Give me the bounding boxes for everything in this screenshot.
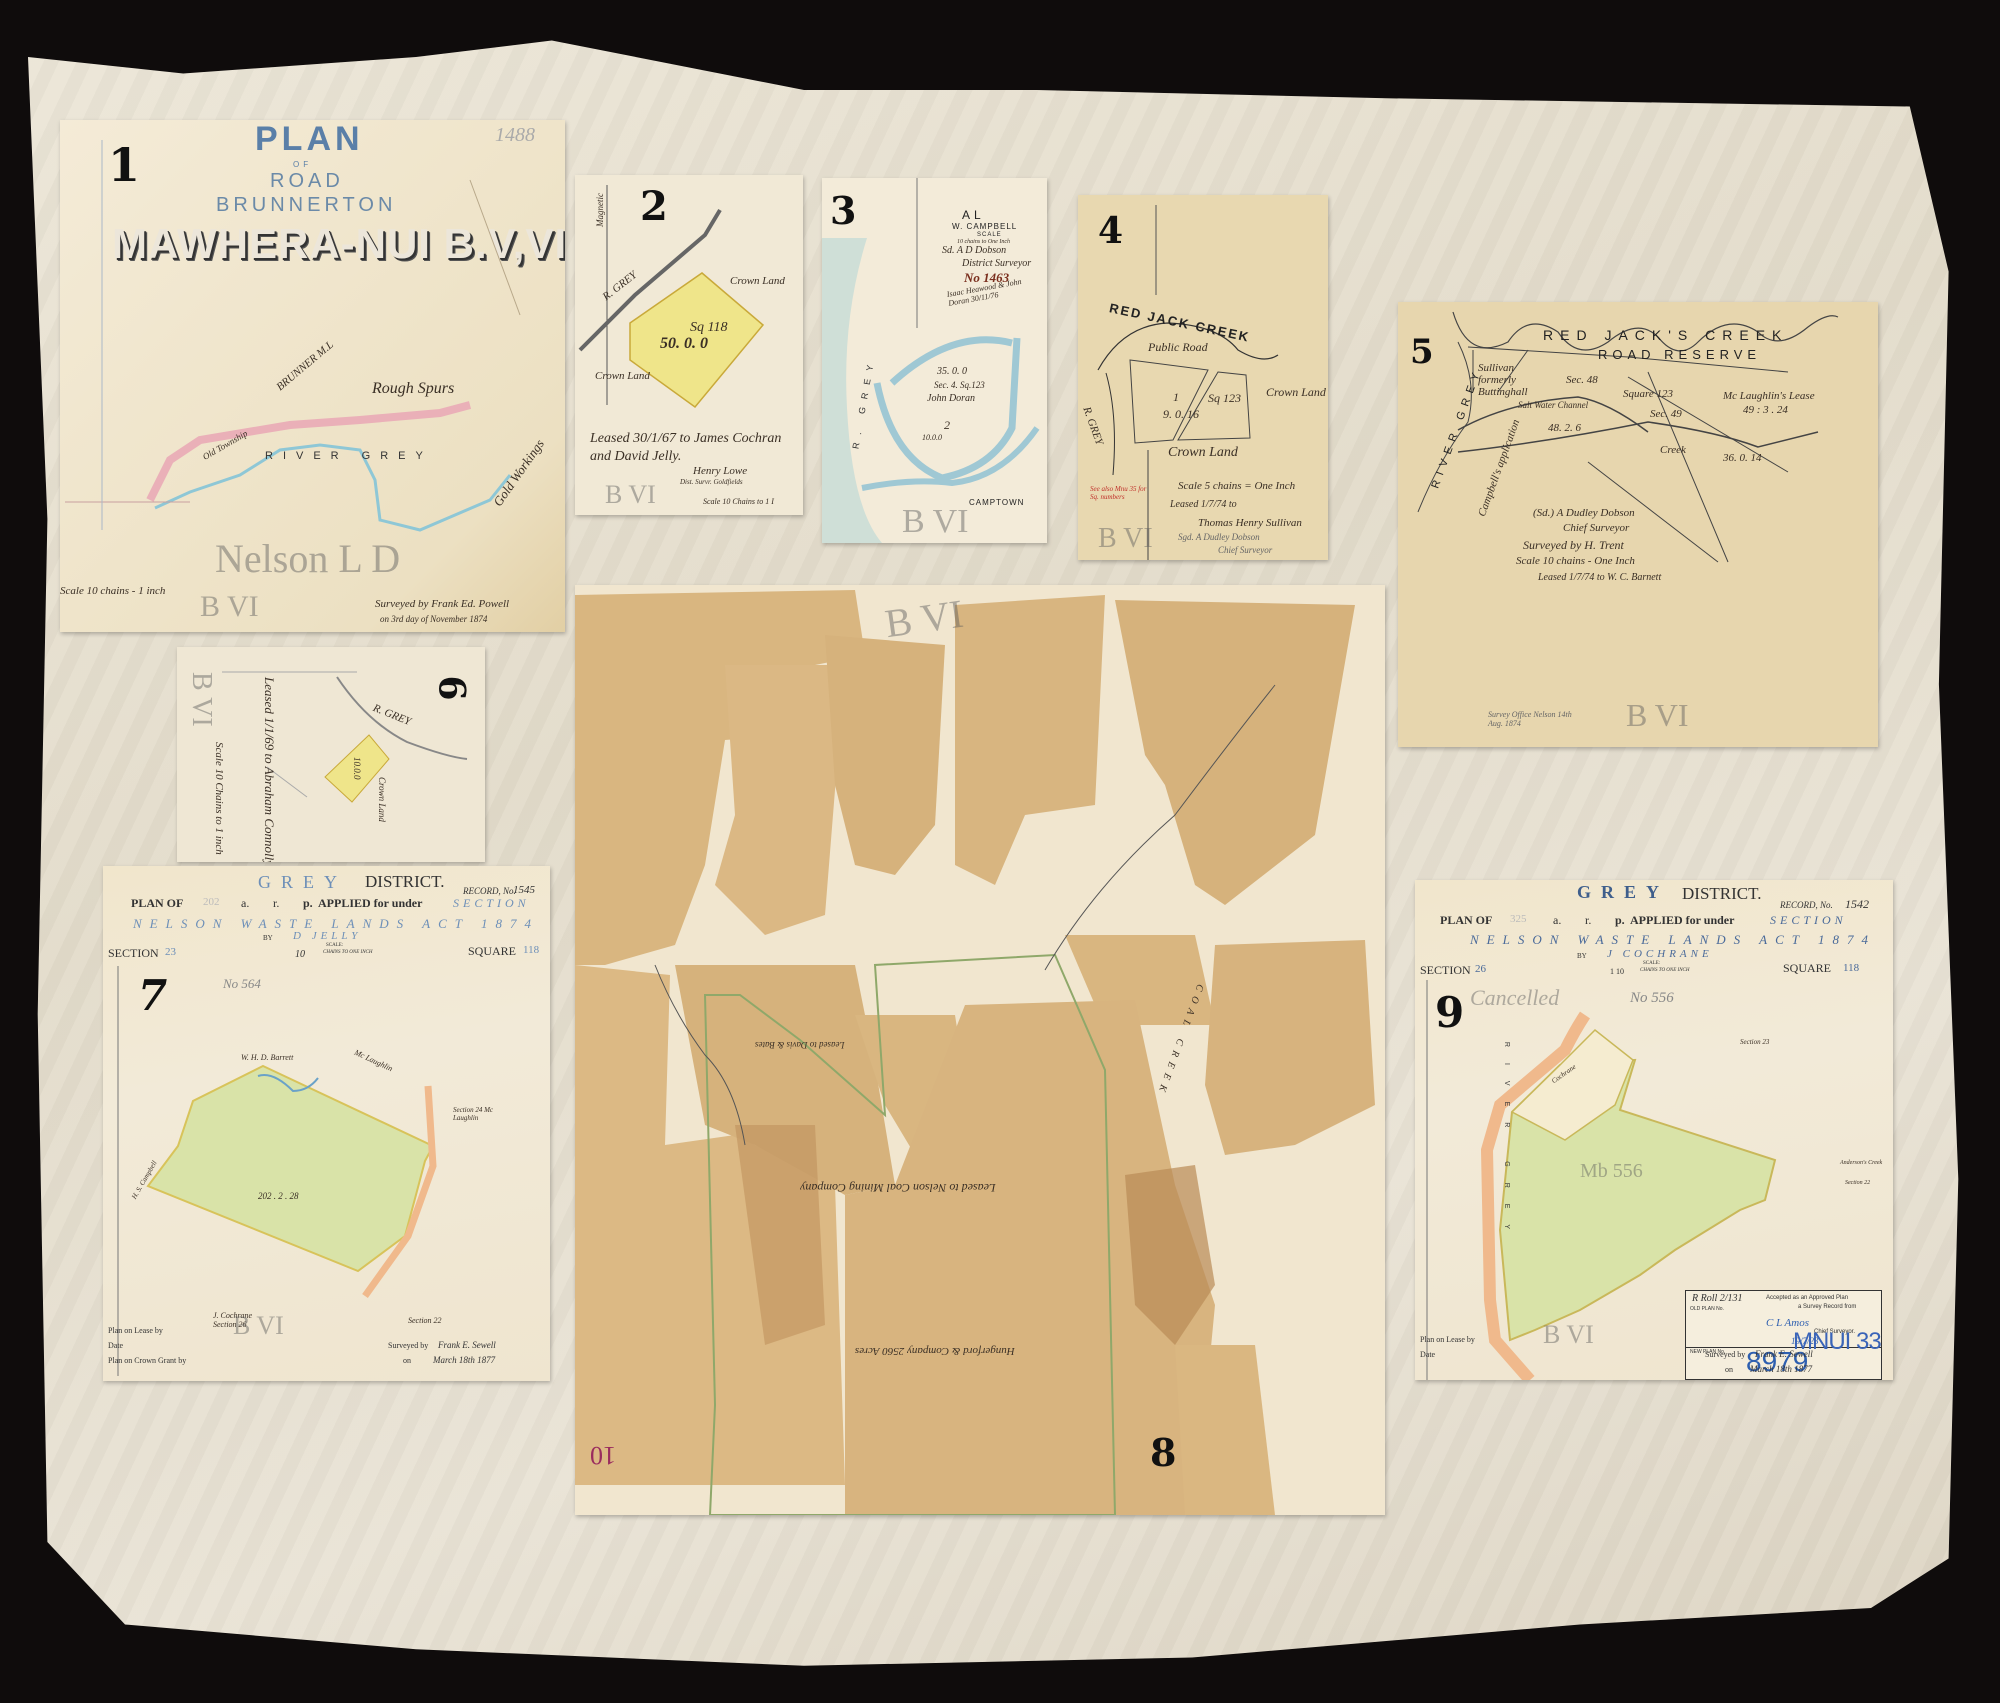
label-hungerford: Hungerford & Company 2560 Acres: [855, 1345, 1015, 1357]
block-mark: B VI: [902, 503, 968, 541]
sheet-1-plan-of-road-brunnerton: 1 1488 PLAN OF ROAD BRUNNERTON MAWHERA-N…: [60, 120, 565, 632]
parcel-area-2: 10.0.0: [922, 433, 942, 442]
parcel-area: 50. 0. 0: [660, 335, 708, 353]
surveyed-label: Surveyed by: [1705, 1350, 1745, 1359]
stamp-number: 10: [590, 1440, 616, 1470]
label-crown-land-w: Crown Land: [595, 370, 650, 382]
sheet-7-grey-district-record-1545: GREY DISTRICT. RECORD, No. 1545 PLAN OF …: [103, 866, 550, 1381]
lease-note: Leased 1/7/74 to W. C. Barnett: [1538, 572, 1661, 583]
date-label: Date: [108, 1341, 123, 1350]
label-square-123: Square 123: [1623, 388, 1673, 400]
parcel-section-1: Sec. 4. Sq.123: [934, 380, 985, 390]
pencil-area: Mb 556: [1580, 1160, 1643, 1183]
label-section-22: Section 22: [408, 1316, 442, 1325]
parcel-area: 202 . 2 . 28: [258, 1191, 299, 1201]
parcel-section-2: 2: [944, 418, 950, 433]
lot-number: 1: [1173, 390, 1179, 405]
label-public-road: Public Road: [1148, 340, 1208, 355]
surveyed-by: Frank E. Sewell: [438, 1340, 496, 1350]
scale-label: SCALE: [977, 232, 1002, 238]
sheet-4-red-jack-creek: 4 RED JACK CREEK Public Road 1 9. 0. 16 …: [1078, 195, 1328, 560]
scale-text: Scale 10 Chains to 1 inch: [213, 742, 225, 855]
label-sec-48: Sec. 48: [1566, 374, 1598, 386]
lease-note: Leased 1/7/74 to: [1170, 499, 1237, 510]
sheet-8-torn-coal-lease-map: Leased to Nelson Coal Mining Company Hun…: [575, 585, 1385, 1515]
signature-title: Dist. Survr. Goldfields: [680, 478, 743, 486]
parcel-area-1: 35. 0. 0: [937, 366, 967, 377]
label-rough-spurs: Rough Spurs: [372, 380, 454, 398]
signed-by: Sd. A D Dobson: [942, 245, 1006, 256]
scale-text: Scale 10 chains - One Inch: [1516, 555, 1635, 567]
block-mark: B VI: [200, 590, 259, 624]
label-sec-49: Sec. 49: [1650, 408, 1682, 420]
label-nelson-coal-lease: Leased to Nelson Coal Mining Company: [800, 1180, 996, 1195]
label-anderson-creek: Anderson's Creek: [1840, 1160, 1882, 1166]
sheet-2-lease-plan: 2 Magnetic R. GREY Crown Land Crown Land…: [575, 175, 803, 515]
label-river-grey: RIVER GREY: [265, 450, 433, 462]
accepted-line-1: Accepted as an Approved Plan: [1766, 1295, 1848, 1301]
label-davis-bates: Leased to Davis & Bates: [755, 1040, 845, 1050]
surveyed-by: Surveyed by H. Trent: [1523, 538, 1624, 553]
red-note: See also Mnu 35 for Sq. numbers: [1090, 485, 1150, 501]
survey-date: March 18th 1877: [433, 1355, 495, 1365]
old-plan-value: R Roll 2/131: [1692, 1293, 1743, 1304]
date-label: Date: [1420, 1350, 1435, 1359]
label-magnetic: Magnetic: [595, 193, 605, 227]
lessee-name: Thomas Henry Sullivan: [1198, 517, 1302, 529]
crown-grant-label: Plan on Crown Grant by: [108, 1356, 186, 1365]
sheet-number: 8: [1150, 1430, 1176, 1475]
signed-title: Chief Surveyor: [1563, 522, 1629, 534]
label-crown-land-east: Crown Land: [1266, 385, 1326, 400]
mclaughlin-lease-area: 49 : 3 . 24: [1743, 404, 1788, 416]
section-number: Sq 123: [1208, 391, 1241, 406]
sheet-5-red-jacks-creek-road-reserve: 5 RED JACK'S CREEK ROAD RESERVE Sullivan…: [1398, 302, 1878, 747]
signature: Henry Lowe: [693, 465, 747, 477]
header-al: AL: [962, 208, 985, 222]
survey-date: March 18th 1877: [1750, 1364, 1812, 1374]
label-sullivan: Sullivan formerly Buttinghall: [1478, 362, 1538, 398]
mclaughlin-lease: Mc Laughlin's Lease: [1723, 390, 1815, 402]
signed-by: Sgd. A Dudley Dobson: [1178, 532, 1260, 542]
holder-name: W. CAMPBELL: [952, 222, 1017, 231]
lease-note: Leased 1/1/69 to Abraham Connolly: [261, 677, 277, 862]
on-label: on: [403, 1356, 411, 1365]
label-river-grey: RIVER GREY: [1503, 1042, 1510, 1245]
surveyed-label: Surveyed by: [388, 1341, 428, 1350]
block-mark: B VI: [185, 672, 217, 727]
creek-name: RED JACK'S CREEK: [1543, 327, 1788, 343]
river-and-parcel-drawing: [822, 178, 1047, 543]
parcel-area: 10.0.0: [352, 757, 362, 780]
place-camptown: CAMPTOWN: [969, 498, 1024, 507]
label-crown-land-south: Crown Land: [1168, 445, 1238, 461]
surveyed-by: Surveyed by Frank Ed. Powell: [375, 598, 509, 610]
on-label: on: [1725, 1365, 1733, 1374]
block-mark: B VI: [1098, 523, 1153, 555]
plan-on-lease-label: Plan on Lease by: [108, 1326, 163, 1335]
block-mark: B VI: [233, 1311, 284, 1341]
label-section-22: Section 22: [1845, 1180, 1870, 1186]
area-sec-48: 48. 2. 6: [1548, 422, 1581, 434]
label-creek: Creek: [1660, 444, 1686, 456]
pencil-note-nelson: Nelson L D: [215, 535, 400, 582]
survey-date: on 3rd day of November 1874: [380, 614, 487, 624]
plan-on-lease-label: Plan on Lease by: [1420, 1335, 1475, 1344]
surveyed-by: Frank E. Sewell: [1755, 1349, 1813, 1359]
torn-paper-fragments: [575, 585, 1385, 1515]
label-barrett: W. H. D. Barrett: [241, 1053, 293, 1062]
sheet-3-campbell-plan: 3 AL W. CAMPBELL SCALE 10 chains to One …: [822, 178, 1047, 543]
label-section-24: Section 24 Mc Laughlin: [453, 1106, 513, 1122]
section-number: Sq 118: [690, 320, 727, 336]
scale-text: Scale 5 chains = One Inch: [1178, 480, 1295, 492]
parcel-area: 9. 0. 16: [1163, 407, 1199, 422]
accepted-line-2: a Survey Record from: [1798, 1304, 1856, 1310]
parcel-drawing: [103, 866, 550, 1381]
office-note: Survey Office Nelson 14th Aug. 1874: [1488, 710, 1578, 728]
block-mark: B VI: [1543, 1320, 1594, 1350]
scale-text: Scale 10 Chains to 1 I: [703, 497, 774, 506]
block-mark: B VI: [605, 480, 656, 510]
scale-text: Scale 10 chains - 1 inch: [60, 585, 165, 597]
signed-title: Chief Surveyor: [1218, 545, 1272, 555]
old-plan-label: OLD PLAN No.: [1690, 1306, 1724, 1312]
label-crown-land: Crown Land: [377, 777, 387, 822]
parcel-owner: John Doran: [927, 393, 975, 404]
creek-and-sections-drawing: [1398, 302, 1878, 747]
sheet-9-grey-district-record-1542: GREY DISTRICT. RECORD, No. 1542 PLAN OF …: [1415, 880, 1893, 1380]
label-section-23: Section 23: [1740, 1038, 1769, 1046]
lease-note: Leased 30/1/67 to James Cochran and Davi…: [590, 430, 795, 466]
label-crown-land-ne: Crown Land: [730, 275, 785, 287]
road-reserve-top: ROAD RESERVE: [1598, 347, 1761, 362]
sheet-6-connolly-lease: 6 Leased 1/1/69 to Abraham Connolly Scal…: [177, 647, 485, 862]
signed-by: (Sd.) A Dudley Dobson: [1533, 507, 1635, 519]
block-mark: B VI: [1626, 697, 1689, 734]
label-salt-water-channel: Salt Water Channel: [1518, 400, 1588, 410]
area-sec-49: 36. 0. 14: [1723, 452, 1762, 464]
signed-title: District Surveyor: [962, 258, 1031, 269]
